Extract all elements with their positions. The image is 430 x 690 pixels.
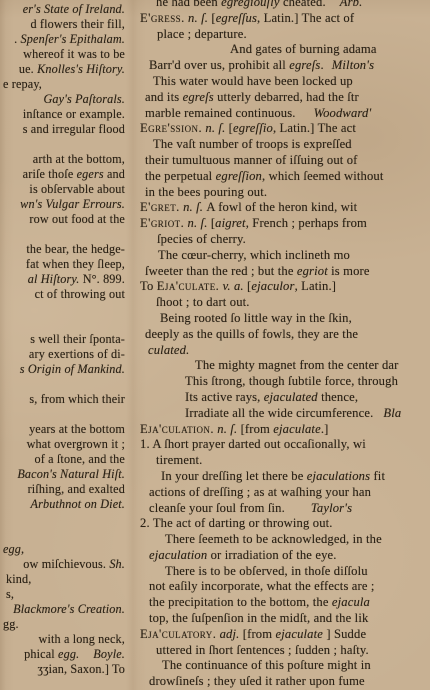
text-segment: he had been [156, 0, 221, 9]
text-line: wn's Vulgar Errours. [0, 197, 128, 212]
text-segment: cleanſe your ſoul from ſin. [149, 501, 285, 515]
text-line: the perpetual egreſſion, which ſeemed wi… [140, 169, 430, 185]
text-line: Arbuthnot on Diet. [0, 497, 128, 512]
text-segment: fat when they ſleep, [26, 257, 125, 271]
text-segment: adj. [216, 627, 242, 641]
text-segment: Taylor's [311, 501, 352, 515]
text-segment: utterly debarred, had the ſtr [214, 90, 359, 104]
text-segment: the precipitation to the bottom, the [149, 595, 332, 609]
text-segment: Bla [383, 406, 401, 420]
text-line: top, the ſuſpenſion in the midſt, and th… [140, 611, 430, 627]
text-line: ary exertions of di- [0, 347, 128, 362]
blank-line [0, 407, 128, 422]
text-segment: years at the bottom [29, 422, 125, 436]
text-segment: the perpetual [145, 169, 216, 183]
text-segment: in the bees pouring out. [145, 185, 267, 199]
text-segment: er's State of Ireland. [23, 2, 125, 16]
text-segment: [from [243, 627, 276, 641]
text-segment: whereof it was to be [23, 47, 125, 61]
text-segment: Woodward' [314, 106, 372, 120]
text-segment: E'gret. [140, 200, 180, 214]
text-line: the precipitation to the bottom, the eja… [140, 595, 430, 611]
text-segment: .] [321, 422, 329, 436]
text-segment: n. ſ. [180, 200, 207, 214]
text-segment: Irradiate all the wide circumference. [185, 406, 373, 420]
text-segment: al Hiſtory. [28, 272, 80, 286]
text-segment: , Latin.] The act [273, 121, 356, 135]
text-line: phical egg.Boyle. [0, 647, 128, 662]
text-segment: uttered in ſhort ſentences ; ſudden ; ha… [156, 643, 369, 657]
text-line: ue. Knolles's Hiſtory. [0, 62, 128, 77]
text-line: ſpecies of cherry. [140, 232, 430, 248]
text-line: ow miſchievous. Sh. [0, 557, 128, 572]
text-segment: fit [370, 469, 385, 483]
text-segment: ſpecies of cherry. [157, 232, 246, 246]
text-segment: what overgrown it ; [27, 437, 125, 451]
text-segment: Knolles's Hiſtory. [37, 62, 125, 76]
text-line: and its egreſs utterly debarred, had the… [140, 90, 430, 106]
text-segment: Bacon's Natural Hiſt. [17, 467, 125, 481]
text-line: E'griot. n. ſ. [aigret, French ; perhaps… [140, 216, 430, 232]
text-segment: n. ſ. [185, 11, 212, 25]
text-segment: ejaculor [251, 279, 294, 293]
text-line: Egre'ssion. n. ſ. [egreſſio, Latin.] The… [140, 121, 430, 137]
text-segment: Egre'ssion. [140, 121, 202, 135]
text-line: kind, [0, 572, 128, 587]
text-segment: n. ſ. [214, 422, 241, 436]
text-line: This ſtrong, though ſubtile force, throu… [140, 374, 430, 390]
text-line: ſweeter than the red ; but the egriot is… [140, 264, 430, 280]
text-segment: 2. The act of darting or throwing out. [140, 516, 333, 530]
text-segment: their tumultuous manner of iſſuing out o… [145, 153, 358, 167]
text-line: E'gret. n. ſ. A fowl of the heron kind, … [140, 200, 430, 216]
text-segment: e repay, [3, 77, 42, 91]
text-line: Its active rays, ejaculated thence, [140, 390, 430, 406]
text-segment: E'gress. [140, 11, 185, 25]
text-segment: not eaſily incorporate, what the effects… [149, 579, 375, 593]
text-line: This water would have been locked up [140, 74, 430, 90]
text-line: fat when they ſleep, [0, 257, 128, 272]
text-segment: , Latin.] The act of [257, 11, 354, 25]
text-line: Bacon's Natural Hiſt. [0, 467, 128, 482]
text-line: deeply as the quills of fowls, they are … [140, 327, 430, 343]
text-segment: ow miſchievous. [23, 557, 109, 571]
text-segment: Spenſer's Epithalam. [21, 32, 125, 46]
text-segment: There ſeemeth to be acknowledged, in the [165, 532, 382, 546]
text-segment: ejaculate [276, 627, 324, 641]
text-segment: The continuance of this poſture might in [162, 658, 371, 672]
text-segment: cheated. [280, 0, 326, 9]
text-line: egg, [0, 542, 128, 557]
text-line: 2. The act of darting or throwing out. [140, 516, 430, 532]
text-line: he had been egregiouſly cheated.Arb. [140, 0, 430, 11]
text-segment: riſhing, and exalted [28, 482, 125, 496]
text-segment: gg. [3, 617, 19, 631]
text-line: ſhoot ; to dart out. [140, 295, 430, 311]
text-line: ʒʒian, Saxon.] To [0, 662, 128, 677]
text-line: uttered in ſhort ſentences ; ſudden ; ha… [140, 643, 430, 659]
text-segment: Eja'culate. [157, 279, 220, 293]
text-segment: Arbuthnot on Diet. [31, 497, 125, 511]
text-segment: Being rooted ſo little way in the ſkin, [160, 311, 352, 325]
text-line: ariſe thoſe egers and [0, 167, 128, 182]
text-line: tirement. [140, 453, 430, 469]
text-line: s and irregular flood [0, 122, 128, 137]
text-line: marble remained continuous.Woodward' [140, 106, 430, 122]
text-segment: The cœur-cherry, which inclineth mo [158, 248, 350, 262]
text-segment: In your dreſſing let there be [161, 469, 307, 483]
text-line: with a long neck, [0, 632, 128, 647]
text-line: culated. [140, 343, 430, 359]
text-line: s well their ſponta- [0, 332, 128, 347]
text-segment: s, [6, 587, 14, 601]
text-line: ejaculation or irradiation of the eye. [140, 548, 430, 564]
text-segment: is more [328, 264, 370, 278]
text-segment: s Origin of Mankind. [20, 362, 125, 376]
text-line: d flowers their fill, [0, 17, 128, 32]
text-line: . Spenſer's Epithalam. [0, 32, 128, 47]
text-line: arth at the bottom, [0, 152, 128, 167]
blank-line [0, 227, 128, 242]
text-segment: Milton's [332, 58, 374, 72]
text-line: s, [0, 587, 128, 602]
text-segment: n. ſ. [184, 216, 211, 230]
text-line: Gay's Paſtorals. [0, 92, 128, 107]
text-line: row out food at the [0, 212, 128, 227]
text-segment: ejacula [332, 595, 370, 609]
text-line: The vaſt number of troops is expreſſed [140, 137, 430, 153]
blank-line [0, 527, 128, 542]
text-segment: arth at the bottom, [33, 152, 125, 166]
text-segment: n. ſ. [202, 121, 229, 135]
text-segment: ] Sudde [323, 627, 366, 641]
text-segment: inſtance or example. [23, 107, 125, 121]
text-segment: phical [24, 647, 58, 661]
blank-line [0, 317, 128, 332]
text-segment: ejaculation [149, 548, 207, 562]
text-line: In your dreſſing let there be ejaculatio… [140, 469, 430, 485]
text-segment: , Latin.] [295, 279, 337, 293]
text-segment: E'griot. [140, 216, 184, 230]
text-segment: with a long neck, [39, 632, 126, 646]
text-segment: place ; departure. [157, 27, 247, 41]
text-segment: ſhoot ; to dart out. [156, 295, 250, 309]
text-segment: ejaculate [273, 422, 321, 436]
text-segment: 1. A ſhort prayer darted out occaſionall… [140, 437, 366, 451]
text-segment: deeply as the quills of fowls, they are … [145, 327, 358, 341]
text-line: place ; departure. [140, 27, 430, 43]
text-segment: , which ſeemed without [262, 169, 384, 183]
text-segment: ejaculations [307, 469, 370, 483]
text-segment: egregiouſly [221, 0, 280, 9]
text-segment: egreſſio [233, 121, 273, 135]
text-line: of a ſtone, and the [0, 452, 128, 467]
text-line: not eaſily incorporate, what the effects… [140, 579, 430, 595]
text-segment: d flowers their fill, [30, 17, 125, 31]
text-segment: or irradiation of the eye. [207, 548, 336, 562]
text-segment: tirement. [156, 453, 202, 467]
text-segment: . [320, 58, 323, 72]
blank-line [0, 302, 128, 317]
text-segment: thence, [318, 390, 358, 404]
text-line: Eja'culation. n. ſ. [from ejaculate.] [140, 422, 430, 438]
text-segment: And gates of burning adama [230, 42, 377, 56]
text-line: actions of dreſſing ; as at waſhing your… [140, 485, 430, 501]
text-segment: and its [145, 90, 183, 104]
text-line: 1. A ſhort prayer darted out occaſionall… [140, 437, 430, 453]
text-line: There is to be obſerved, in thoſe diſſol… [140, 564, 430, 580]
text-line: is obſervable about [0, 182, 128, 197]
text-segment: The mighty magnet from the center dar [195, 358, 398, 372]
text-line: E'gress. n. ſ. [egreſſus, Latin.] The ac… [140, 11, 430, 27]
text-segment: s well their ſponta- [30, 332, 125, 346]
text-segment: The vaſt number of troops is expreſſed [153, 137, 352, 151]
blank-line [0, 377, 128, 392]
text-line: Eja'culatory. adj. [from ejaculate ] Sud… [140, 627, 430, 643]
text-line: riſhing, and exalted [0, 482, 128, 497]
text-segment: Blackmore's Creation. [13, 602, 125, 616]
text-segment: egg, [3, 542, 24, 556]
text-segment: marble remained continuous. [145, 106, 296, 120]
text-line: ct of throwing out [0, 287, 128, 302]
text-line: And gates of burning adama [140, 42, 430, 58]
text-segment: the bear, the hedge- [26, 242, 125, 256]
blank-line [0, 137, 128, 152]
text-segment: Boyle. [93, 647, 125, 661]
text-segment: N°. 899. [80, 272, 126, 286]
text-segment: drowſineſs ; they uſed it rather upon fu… [149, 674, 365, 688]
left-text-column: er's State of Ireland.d flowers their fi… [0, 2, 128, 690]
right-text-column: he had been egregiouſly cheated.Arb.E'gr… [140, 0, 430, 690]
text-segment: wn's Vulgar Errours. [20, 197, 125, 211]
text-segment: ſweeter than the red ; but the [145, 264, 297, 278]
text-segment: egreſs [289, 58, 320, 72]
text-segment: egreſs [183, 90, 214, 104]
text-segment: and [104, 167, 125, 181]
text-line: e repay, [0, 77, 128, 92]
text-line: gg. [0, 617, 128, 632]
text-line: inſtance or example. [0, 107, 128, 122]
text-segment: ariſe thoſe [23, 167, 77, 181]
text-segment: egreſſion [216, 169, 262, 183]
text-line: Barr'd over us, prohibit all egreſs.Milt… [140, 58, 430, 74]
text-line: drowſineſs ; they uſed it rather upon fu… [140, 674, 430, 690]
text-segment: top, the ſuſpenſion in the midſt, and th… [149, 611, 368, 625]
text-segment: To [140, 279, 157, 293]
text-segment: ct of throwing out [35, 287, 125, 301]
text-segment: aigret [215, 216, 246, 230]
text-segment: of a ſtone, and the [34, 452, 125, 466]
text-line: al Hiſtory. N°. 899. [0, 272, 128, 287]
text-segment: Sh. [109, 557, 125, 571]
text-segment: Barr'd over us, prohibit all [149, 58, 289, 72]
text-line: years at the bottom [0, 422, 128, 437]
text-line: The mighty magnet from the center dar [140, 358, 430, 374]
text-segment: ue. [19, 62, 37, 76]
text-segment: s and irregular flood [23, 122, 125, 136]
text-line: Irradiate all the wide circumference.Bla [140, 406, 430, 422]
text-line: er's State of Ireland. [0, 2, 128, 17]
text-line: There ſeemeth to be acknowledged, in the [140, 532, 430, 548]
text-segment: Eja'culation. [140, 422, 214, 436]
text-segment: A fowl of the heron kind, wit [206, 200, 357, 214]
text-segment: ary exertions of di- [29, 347, 125, 361]
text-line: Being rooted ſo little way in the ſkin, [140, 311, 430, 327]
text-line: cleanſe your ſoul from ſin.Taylor's [140, 501, 430, 517]
text-segment: egreſſus [216, 11, 257, 25]
blank-line [0, 512, 128, 527]
text-segment: Its active rays, [185, 390, 264, 404]
text-segment: egg. [58, 647, 79, 661]
text-line: The continuance of this poſture might in [140, 658, 430, 674]
text-segment: This water would have been locked up [153, 74, 353, 88]
text-line: s Origin of Mankind. [0, 362, 128, 377]
text-segment: egriot [297, 264, 328, 278]
text-segment: , French ; perhaps from [246, 216, 367, 230]
text-line: s, from which their [0, 392, 128, 407]
text-segment: s, from which their [29, 392, 125, 406]
text-segment: Arb. [340, 0, 363, 9]
text-line: their tumultuous manner of iſſuing out o… [140, 153, 430, 169]
text-line: the bear, the hedge- [0, 242, 128, 257]
text-segment: [from [241, 422, 274, 436]
text-line: The cœur-cherry, which inclineth mo [140, 248, 430, 264]
text-segment: ʒʒian, Saxon.] To [38, 662, 125, 676]
text-line: To Eja'culate. v. a. [ejaculor, Latin.] [140, 279, 430, 295]
scanned-dictionary-page: er's State of Ireland.d flowers their fi… [0, 0, 430, 690]
text-line: whereof it was to be [0, 47, 128, 62]
text-segment: v. a. [219, 279, 247, 293]
text-segment: kind, [6, 572, 31, 586]
text-segment: culated. [148, 343, 189, 357]
text-line: Blackmore's Creation. [0, 602, 128, 617]
text-segment: row out food at the [29, 212, 125, 226]
text-segment: There is to be obſerved, in thoſe diſſol… [165, 564, 368, 578]
text-segment: This ſtrong, though ſubtile force, throu… [185, 374, 398, 388]
text-segment: is obſervable about [29, 182, 125, 196]
text-segment: ejaculated [264, 390, 318, 404]
text-line: what overgrown it ; [0, 437, 128, 452]
text-segment: Eja'culatory. [140, 627, 216, 641]
text-segment: egers [77, 167, 104, 181]
text-line: in the bees pouring out. [140, 185, 430, 201]
text-segment: actions of dreſſing ; as at waſhing your… [149, 485, 371, 499]
text-segment: Gay's Paſtorals. [43, 92, 125, 106]
